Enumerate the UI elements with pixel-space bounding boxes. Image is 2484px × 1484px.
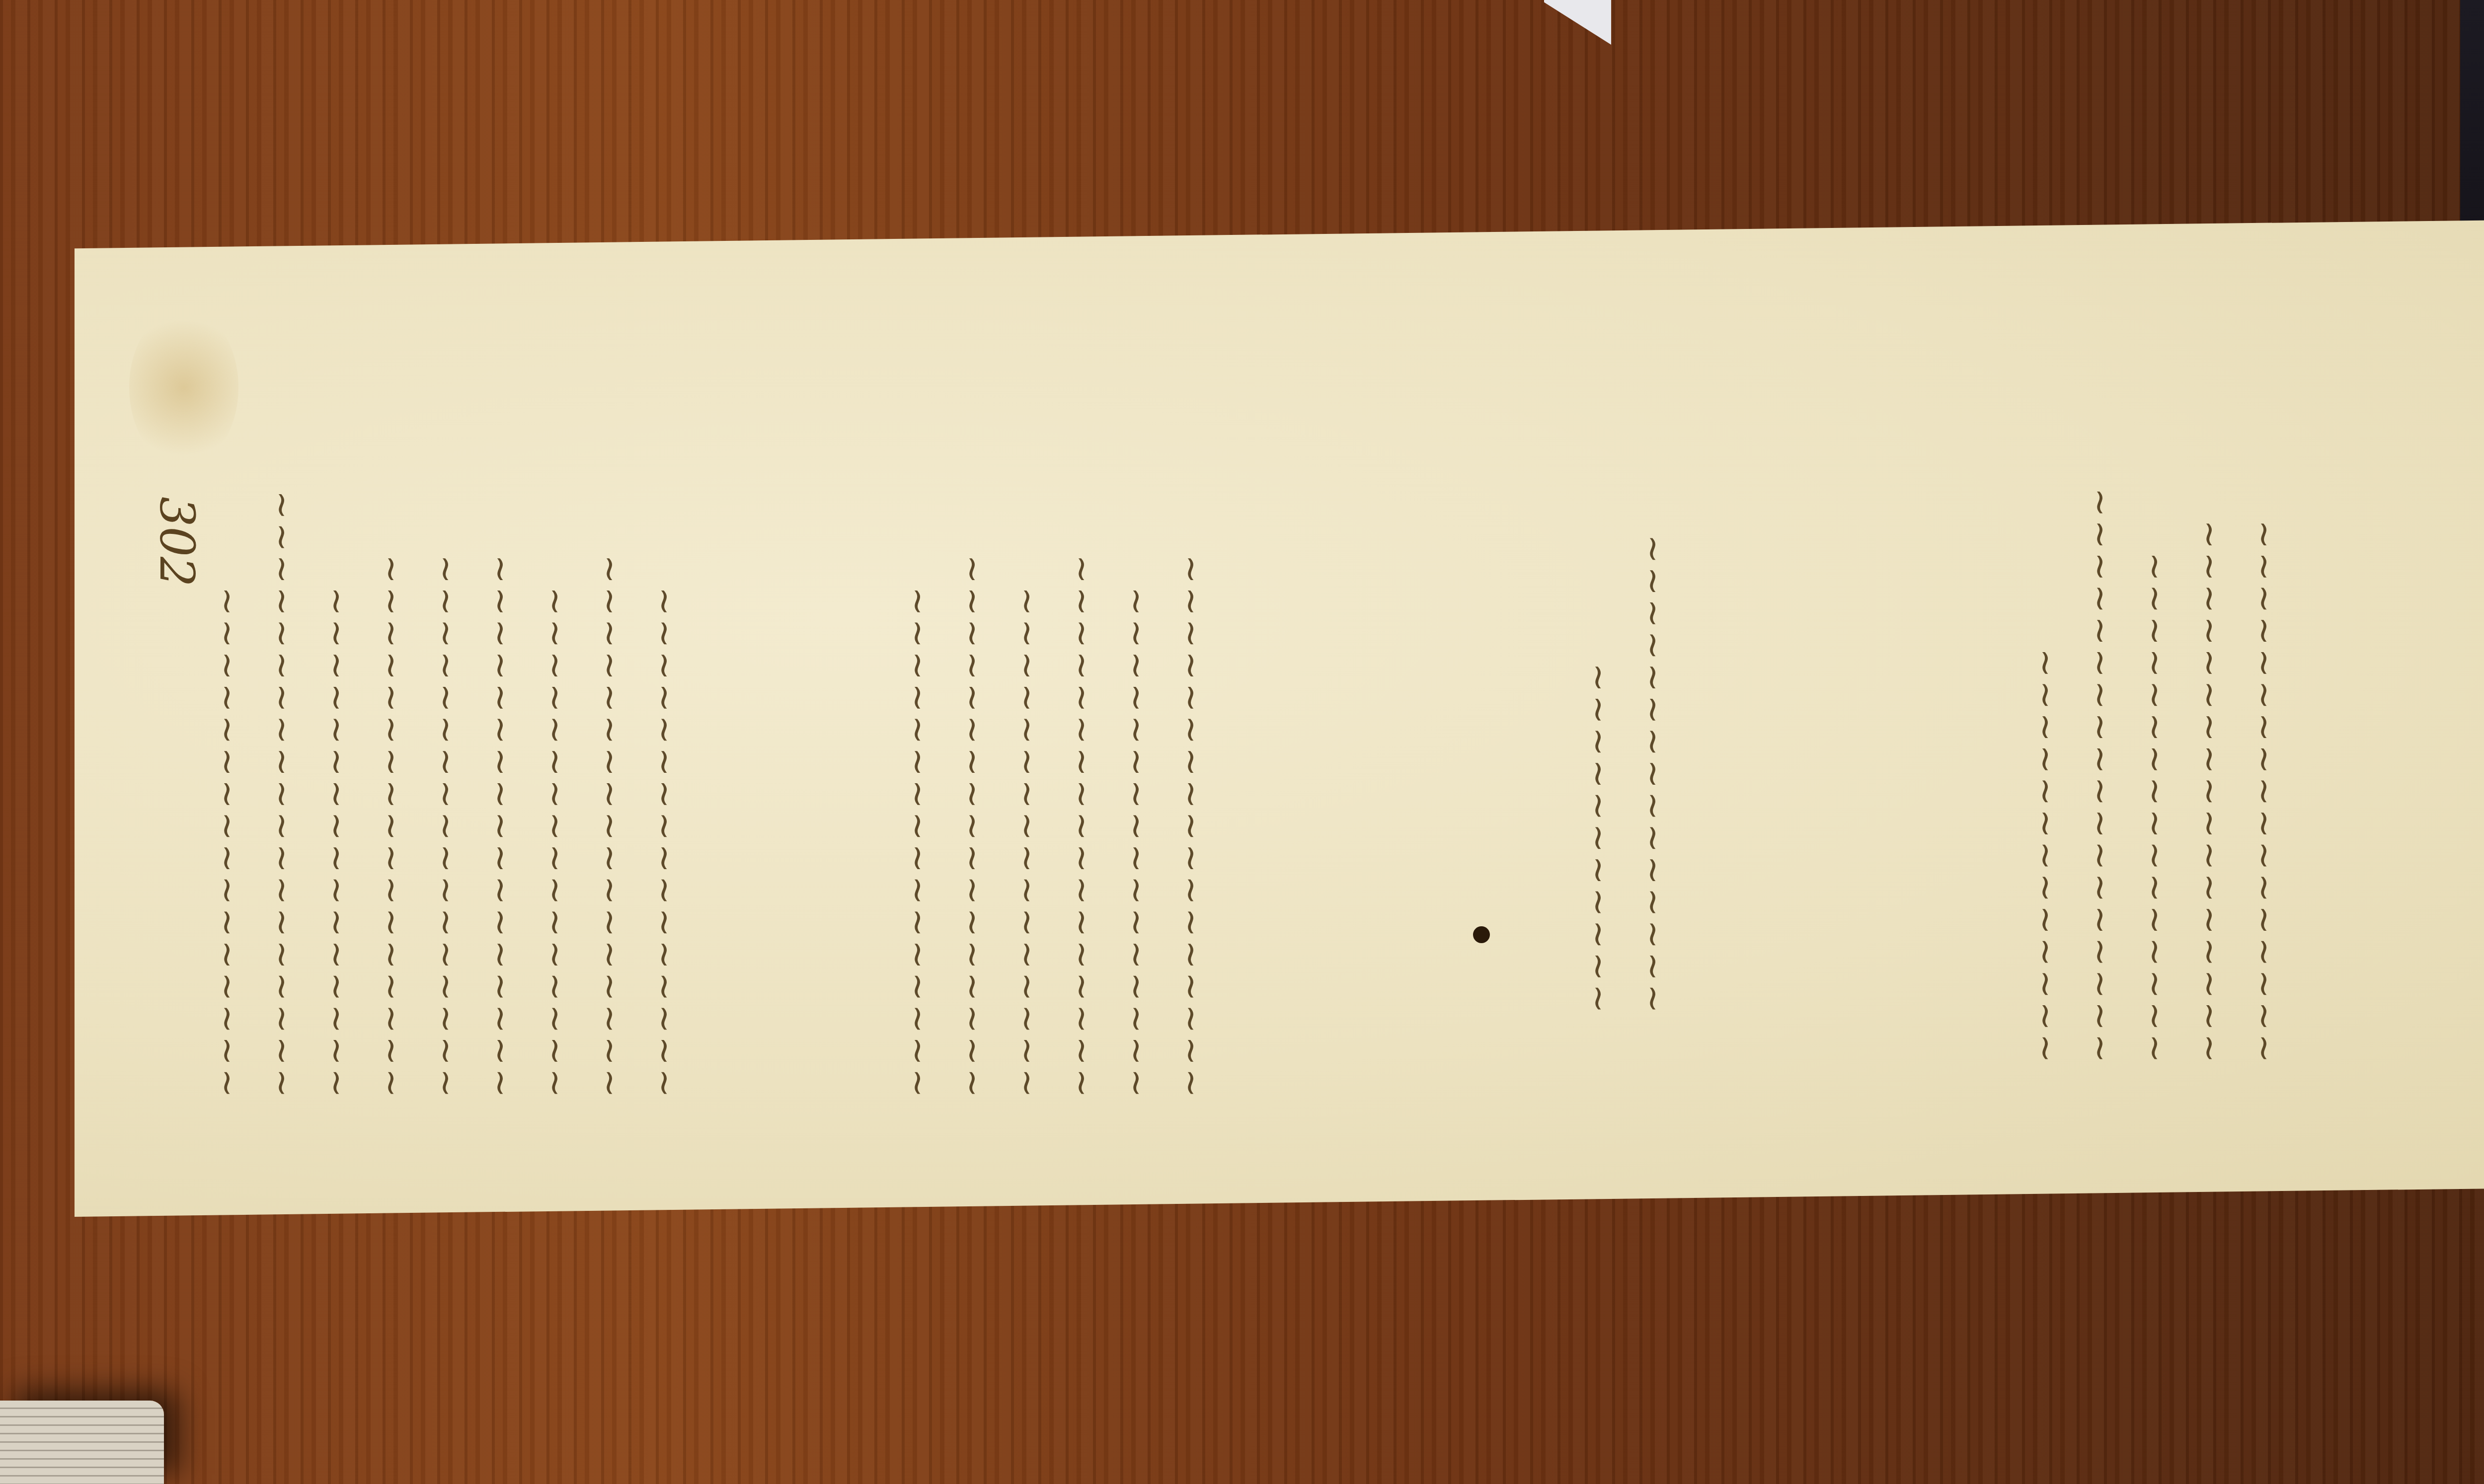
paper-stack xyxy=(0,1401,164,1484)
ink-line: ~~~~~~~~~~~~~~~~~ xyxy=(1163,283,1217,1098)
folio-number: 302 xyxy=(149,497,204,587)
ink-line: ~~~~~~~~~~~~~~~~ xyxy=(308,283,363,1098)
manuscript-leaf: 302 ~~~~~~~~~~~~~~~~ ~~~~~~~~~~~~~~~~~~~… xyxy=(75,219,2484,1217)
ink-line: ~~~~~~~~~~~~~~~~ xyxy=(999,283,1053,1098)
ink-line: ~~~~~~~~~~~~~ xyxy=(2017,248,2072,1063)
paper-hole xyxy=(1473,926,1490,943)
text-column-2: ~~~~~~~~~~~~~~~~ ~~~~~~~~~~~~~~~~~ ~~~~~… xyxy=(889,283,1217,1098)
ink-line: ~~~~~~~~~~~~~~~~~ xyxy=(417,283,472,1098)
text-column-3: ~~~~~~~~~~~ ~~~~~~~~~~~~~~~ xyxy=(1570,318,1679,1013)
ink-line: ~~~~~~~~~~~~~~~~~~ xyxy=(2072,248,2126,1063)
ink-line: ~~~~~~~~~~~~~~~~ xyxy=(199,283,253,1098)
ink-line: ~~~~~~~~~~~~~~~ xyxy=(1625,318,1679,1013)
text-column-1: ~~~~~~~~~~~~~~~~ ~~~~~~~~~~~~~~~~~~~ ~~~… xyxy=(199,283,691,1098)
ink-line: ~~~~~~~~~~~~~~~~ xyxy=(889,283,944,1098)
ink-line: ~~~~~~~~~~~~~~~~~~~ xyxy=(253,283,308,1098)
text-column-4: ~~~~~~~~~~~~~ ~~~~~~~~~~~~~~~~~~ ~~~~~~~… xyxy=(2017,248,2290,1063)
ink-line: ~~~~~~~~~~~ xyxy=(1570,318,1625,1013)
ink-line: ~~~~~~~~~~~~~~~~~ xyxy=(944,283,999,1098)
ink-line: ~~~~~~~~~~~~~~~~~ xyxy=(2236,248,2290,1063)
ink-line: ~~~~~~~~~~~~~~~~~ xyxy=(1053,283,1108,1098)
ink-line: ~~~~~~~~~~~~~~~~ xyxy=(527,283,581,1098)
ink-line: ~~~~~~~~~~~~~~~~~ xyxy=(472,283,527,1098)
ink-line: ~~~~~~~~~~~~~~~~~ xyxy=(363,283,417,1098)
ink-line: ~~~~~~~~~~~~~~~~ xyxy=(1108,283,1163,1098)
ink-line: ~~~~~~~~~~~~~~~~ xyxy=(636,283,691,1098)
ink-line: ~~~~~~~~~~~~~~~~~ xyxy=(581,283,636,1098)
ink-line: ~~~~~~~~~~~~~~~~ xyxy=(2126,248,2181,1063)
ink-line: ~~~~~~~~~~~~~~~~~ xyxy=(2181,248,2236,1063)
